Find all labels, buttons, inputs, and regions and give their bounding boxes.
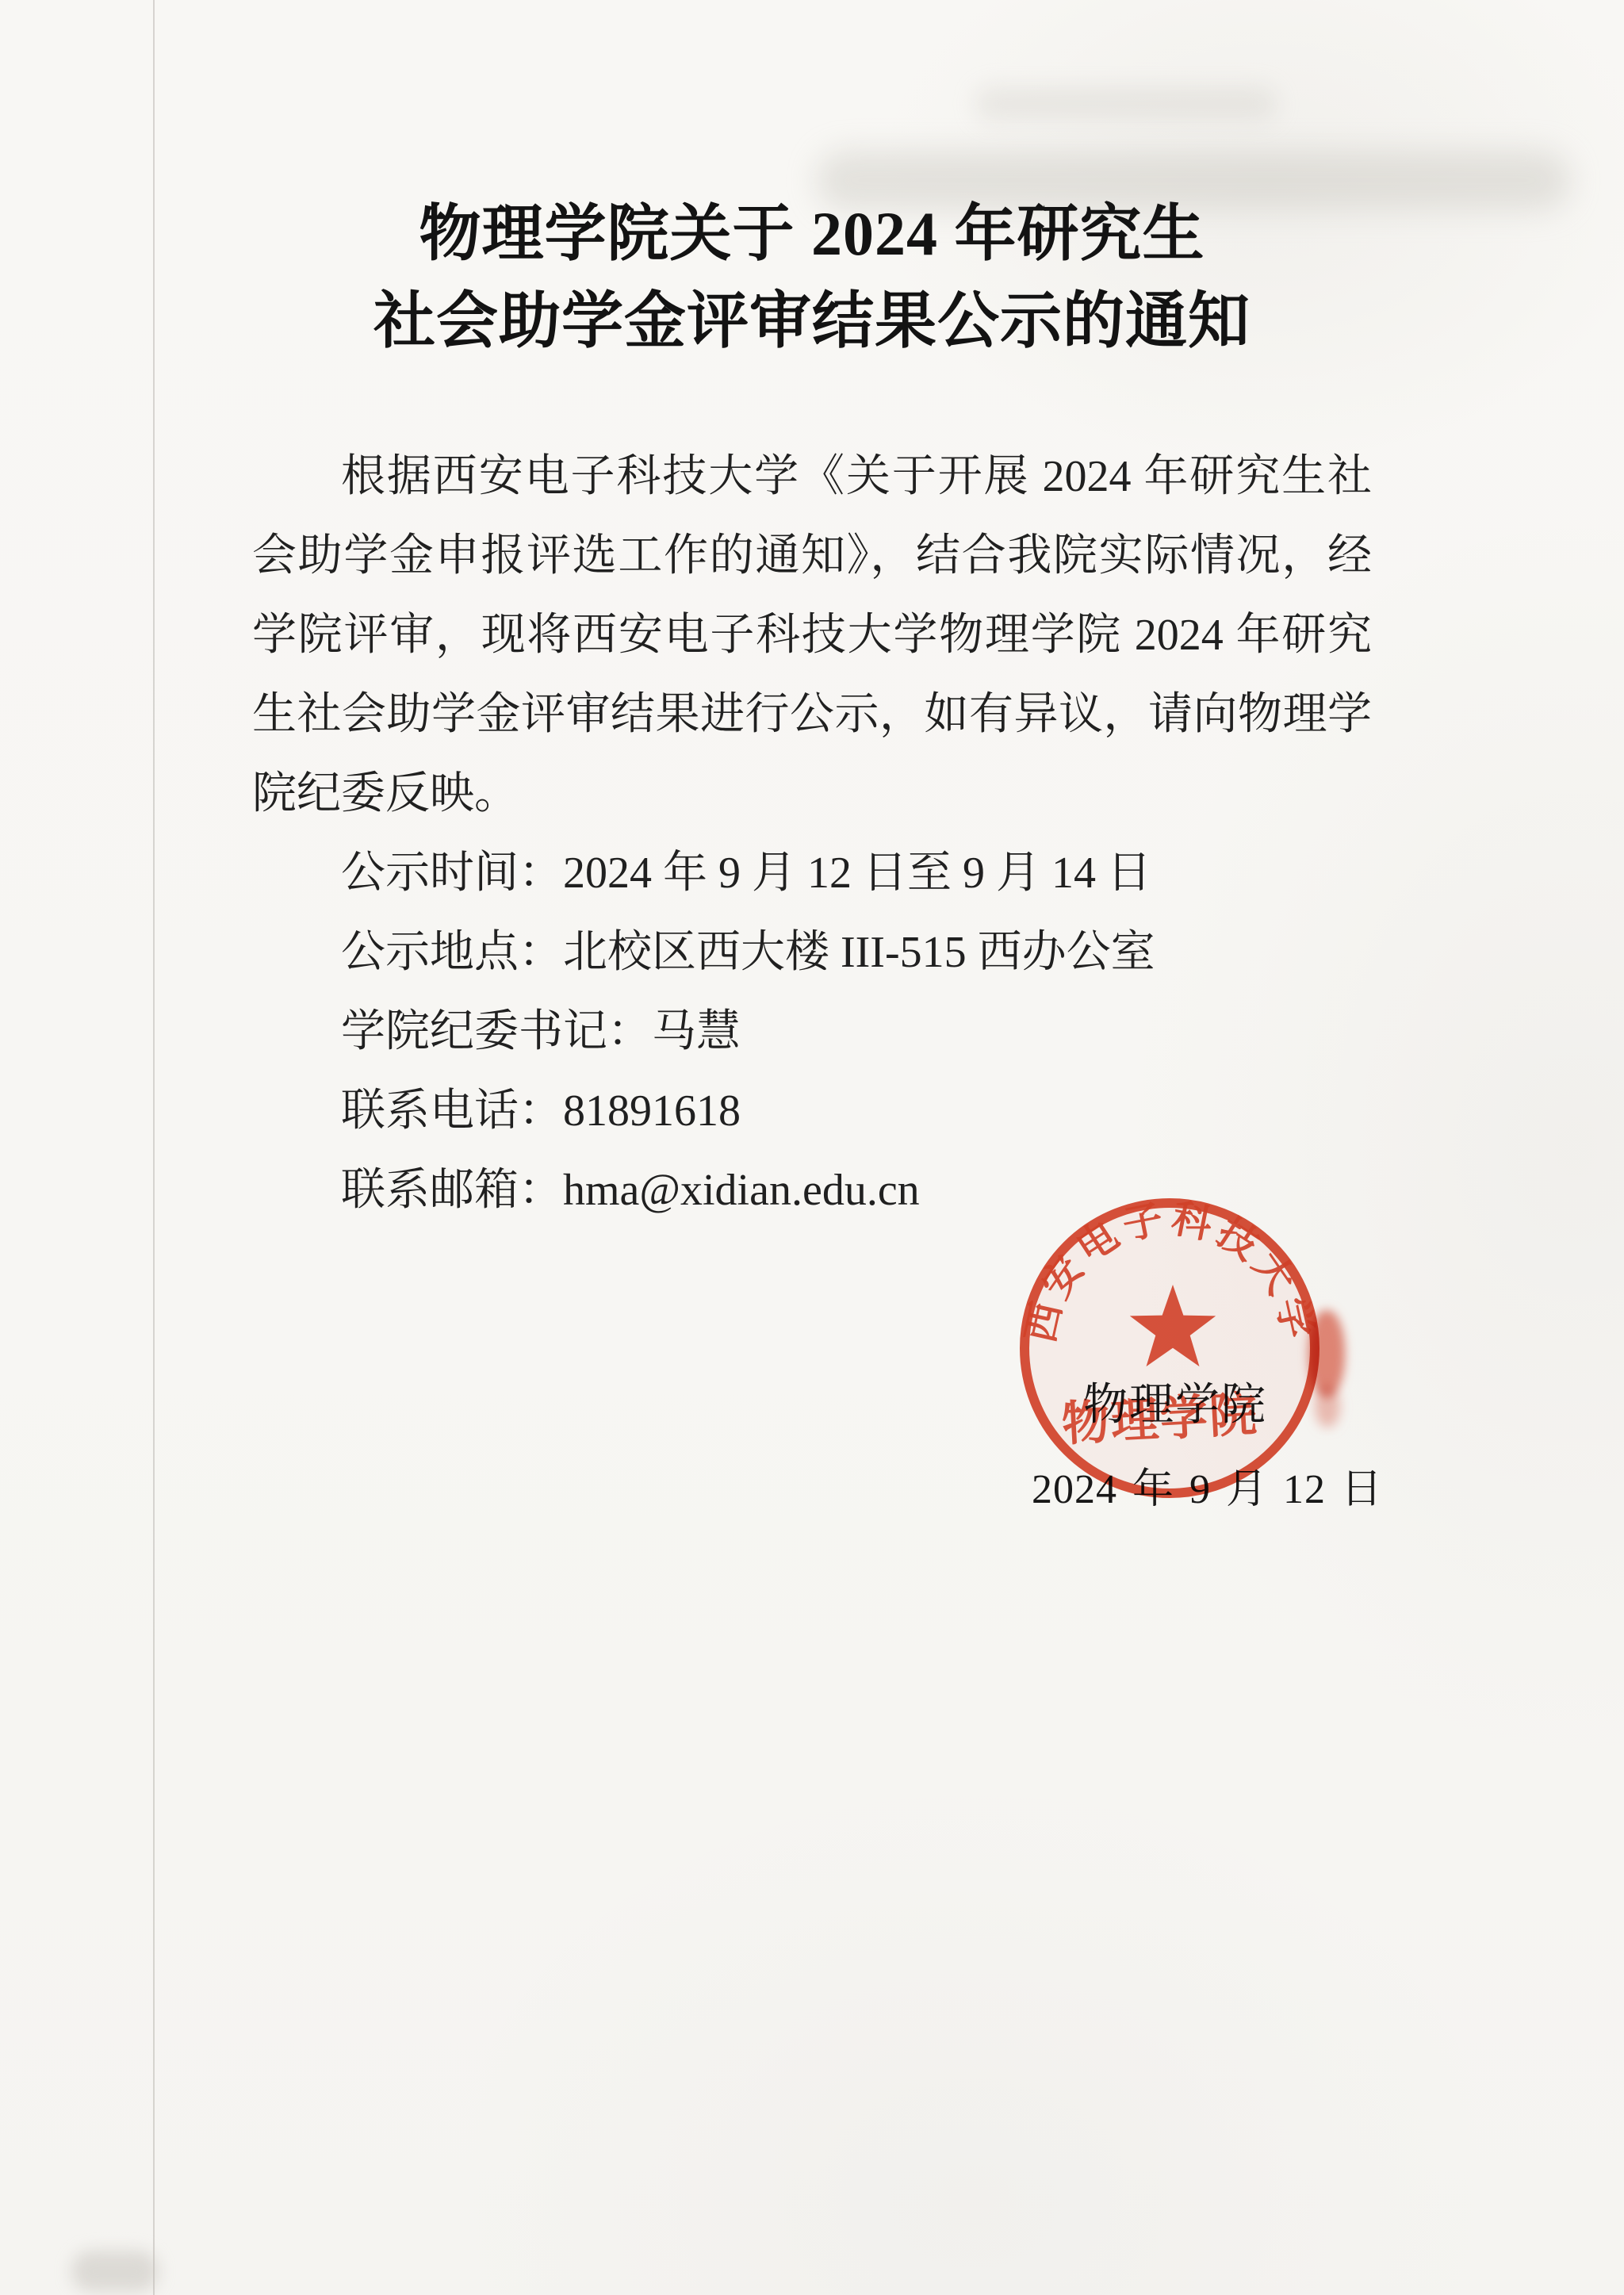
info-line-contact-phone: 联系电话：81891618 [252,1071,1372,1151]
seal-bottom-text: 物理学院 [1060,1389,1259,1451]
scan-smudge-bottom-left [71,2251,159,2292]
title-line-1: 物理学院关于 2024 年研究生 [0,190,1624,278]
scanned-notice-page: 物理学院关于 2024 年研究生 社会助学金评审结果公示的通知 根据西安电子科技… [0,0,1624,2295]
title-line-2: 社会助学金评审结果公示的通知 [0,278,1624,365]
page-title: 物理学院关于 2024 年研究生 社会助学金评审结果公示的通知 [0,190,1624,365]
bleedthrough-mark-top-2 [975,87,1277,121]
seal-ink-smudge-2 [1315,1386,1340,1427]
notice-paragraph: 根据西安电子科技大学《关于开展 2024 年研究生社会助学金申报评选工作的通知》… [252,437,1372,833]
official-seal: 西安电子科技大学 物理学院 [1019,1197,1322,1500]
info-line-discipline-secretary: 学院纪委书记：马慧 [252,992,1372,1071]
info-line-publicity-time: 公示时间：2024 年 9 月 12 日至 9 月 14 日 [252,833,1372,913]
notice-body: 根据西安电子科技大学《关于开展 2024 年研究生社会助学金申报评选工作的通知》… [252,437,1372,1230]
seal-ink-smudge [1308,1310,1345,1397]
info-line-publicity-location: 公示地点：北校区西大楼 III-515 西办公室 [252,913,1372,992]
